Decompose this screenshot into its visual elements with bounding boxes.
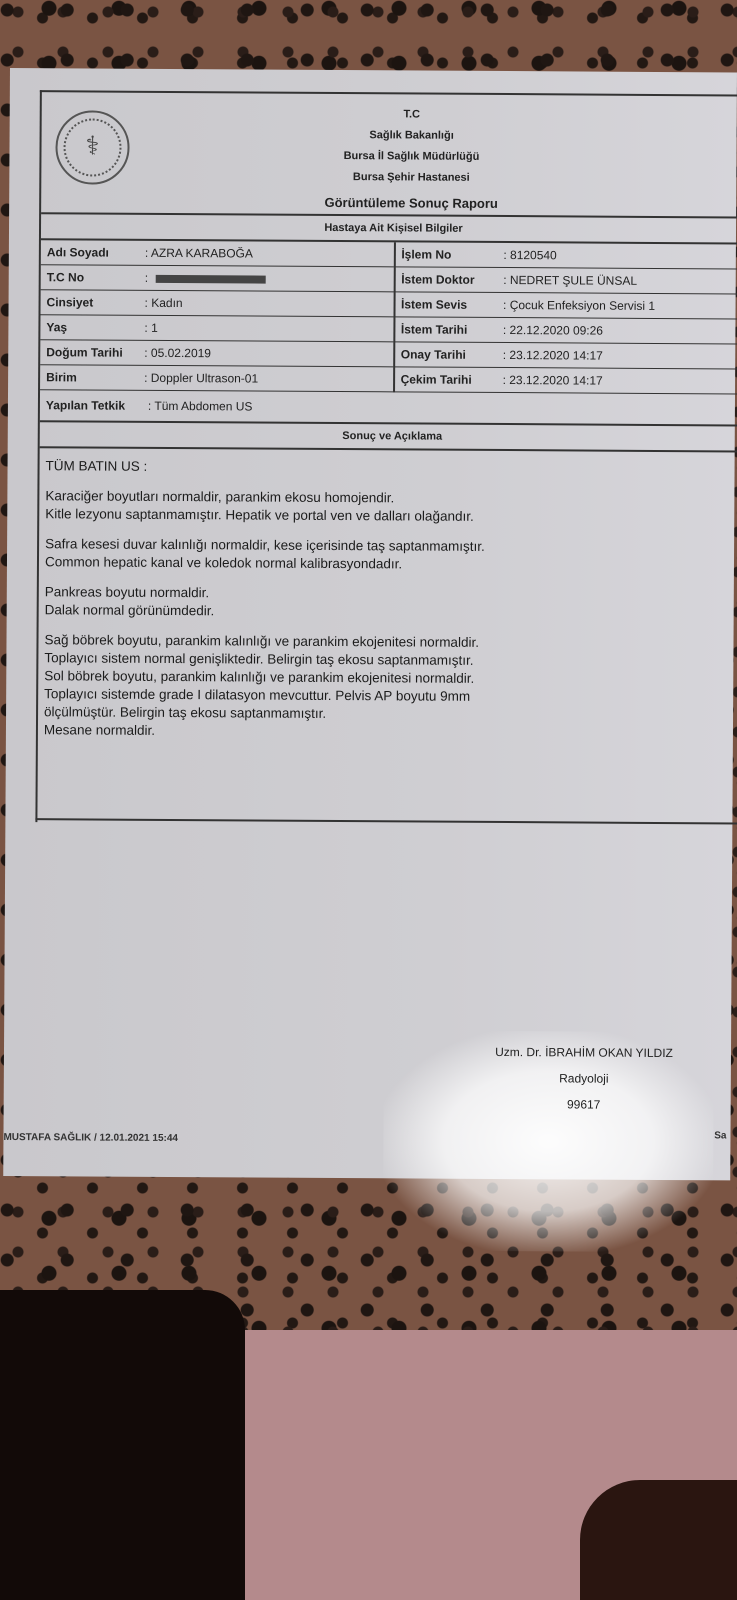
result-line: Common hepatic kanal ve koledok normal k… — [45, 553, 737, 575]
info-label: İşlem No — [395, 247, 497, 262]
info-row: Adı SoyadıAZRA KARABOĞA — [41, 240, 394, 267]
exam-value: Tüm Abdomen US — [142, 399, 253, 414]
doctor-name: Uzm. Dr. İBRAHİM OKAN YILDIZ — [464, 1039, 704, 1066]
info-row: İstem SevisÇocuk Enfeksiyon Servisi 1 — [393, 292, 737, 319]
print-footer: MUSTAFA SAĞLIK / 12.01.2021 15:44 — [3, 1132, 178, 1144]
info-value: Doppler Ultrason-01 — [138, 371, 258, 386]
info-value: 23.12.2020 14:17 — [497, 348, 603, 363]
header-line-hospital: Bursa Şehir Hastanesi — [281, 167, 541, 190]
info-row: Çekim Tarihi23.12.2020 14:17 — [393, 367, 737, 394]
result-paragraph: Karaciğer boyutları normaldir, parankim … — [45, 487, 737, 527]
result-line: Dalak normal görünümdedir. — [45, 601, 737, 623]
exam-row: Yapılan Tetkik Tüm Abdomen US — [40, 390, 737, 426]
report-frame: ⚕ T.C Sağlık Bakanlığı Bursa İl Sağlık M… — [35, 90, 737, 826]
info-label: Birim — [40, 370, 138, 385]
info-label: İstem Doktor — [395, 272, 497, 287]
redaction-mark — [155, 275, 265, 284]
header-line-ministry: Sağlık Bakanlığı — [282, 125, 542, 148]
info-value: AZRA KARABOĞA — [139, 246, 253, 261]
info-label: Doğum Tarihi — [40, 345, 138, 360]
info-row: T.C No — [41, 265, 394, 292]
tc-no-redacted — [139, 271, 266, 286]
info-row: İstem Tarihi22.12.2020 09:26 — [393, 317, 737, 344]
info-label: İstem Tarihi — [395, 322, 497, 337]
info-row: BirimDoppler Ultrason-01 — [40, 365, 393, 392]
info-row: CinsiyetKadın — [40, 290, 393, 317]
signature-block: Uzm. Dr. İBRAHİM OKAN YILDIZ Radyoloji 9… — [464, 1039, 704, 1118]
header-line-tc: T.C — [282, 104, 542, 127]
info-value: 1 — [138, 321, 157, 335]
info-label: Yaş — [40, 320, 138, 335]
result-line: Mesane normaldir. — [44, 721, 737, 743]
result-paragraph: Safra kesesi duvar kalınlığı normaldir, … — [45, 535, 737, 575]
info-row: Yaş1 — [40, 315, 393, 342]
info-value: Kadın — [139, 296, 183, 310]
info-row: Doğum Tarihi05.02.2019 — [40, 340, 393, 367]
caduceus-icon: ⚕ — [57, 130, 127, 161]
info-value: 05.02.2019 — [138, 346, 211, 360]
info-value: Çocuk Enfeksiyon Servisi 1 — [497, 298, 655, 313]
info-value: NEDRET ŞULE ÜNSAL — [497, 273, 637, 288]
exam-label: Yapılan Tetkik — [40, 398, 142, 413]
report-title: Görüntüleme Sonuç Raporu — [281, 192, 541, 215]
info-value: 23.12.2020 14:17 — [497, 373, 603, 388]
info-value: 8120540 — [497, 248, 556, 262]
report-paper: ⚕ T.C Sağlık Bakanlığı Bursa İl Sağlık M… — [3, 68, 737, 1180]
shadow-right — [580, 1480, 737, 1600]
result-paragraph: Pankreas boyutu normaldir. Dalak normal … — [45, 583, 737, 623]
header-text: T.C Sağlık Bakanlığı Bursa İl Sağlık Müd… — [281, 104, 542, 215]
result-heading: TÜM BATIN US : — [46, 458, 737, 477]
info-label: Adı Soyadı — [41, 245, 139, 260]
doctor-department: Radyoloji — [464, 1065, 704, 1092]
ministry-of-health-seal-icon: ⚕ — [55, 110, 129, 184]
patient-info-table: Adı SoyadıAZRA KARABOĞA T.C No CinsiyetK… — [40, 240, 737, 394]
info-label: Cinsiyet — [41, 295, 139, 310]
result-line: Kitle lezyonu saptanmamıştır. Hepatik ve… — [45, 505, 737, 527]
doctor-number: 99617 — [464, 1091, 704, 1118]
info-label: Çekim Tarihi — [395, 372, 497, 387]
info-label: T.C No — [41, 270, 139, 285]
report-header: ⚕ T.C Sağlık Bakanlığı Bursa İl Sağlık M… — [41, 92, 737, 218]
result-body: TÜM BATIN US : Karaciğer boyutları norma… — [38, 448, 737, 761]
patient-info-left: Adı SoyadıAZRA KARABOĞA T.C No CinsiyetK… — [40, 240, 393, 392]
info-label: Onay Tarihi — [395, 347, 497, 362]
header-line-directorate: Bursa İl Sağlık Müdürlüğü — [281, 146, 541, 169]
patient-info-right: İşlem No8120540 İstem DoktorNEDRET ŞULE … — [393, 242, 737, 394]
info-value: 22.12.2020 09:26 — [497, 323, 603, 338]
info-label: İstem Sevis — [395, 297, 497, 312]
info-row: İşlem No8120540 — [393, 242, 737, 269]
print-footer-right: Sa — [714, 1130, 726, 1141]
result-paragraph: Sağ böbrek boyutu, parankim kalınlığı ve… — [44, 631, 737, 743]
info-row: İstem DoktorNEDRET ŞULE ÜNSAL — [393, 267, 737, 294]
info-row: Onay Tarihi23.12.2020 14:17 — [393, 342, 737, 369]
shadow-left — [0, 1290, 245, 1600]
